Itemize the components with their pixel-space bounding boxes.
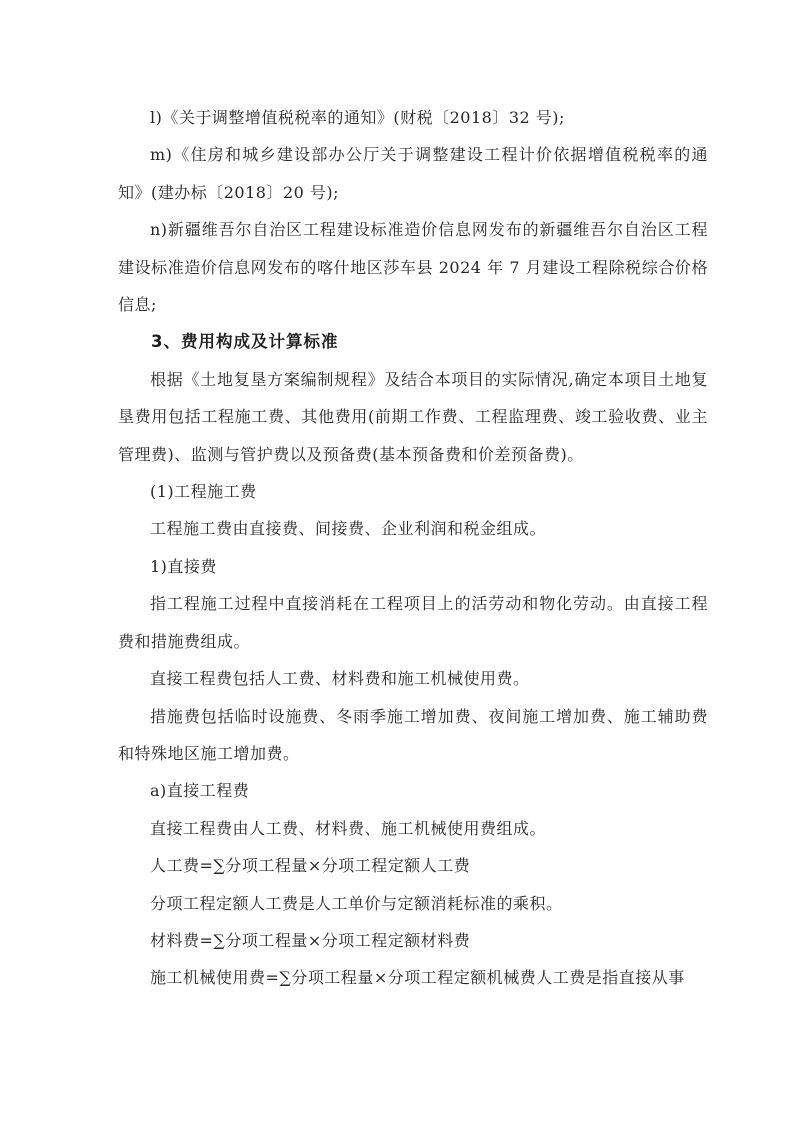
paragraph-direct-eng-fee-comp: 直接工程费由人工费、材料费、施工机械使用费组成。 [118,810,708,847]
formula-material-fee: 材料费=∑分项工程量×分项工程定额材料费 [118,922,708,959]
paragraph-regulation-l: l)《关于调整增值税税率的通知》(财税〔2018〕32 号); [118,99,708,136]
paragraph-construction-fee: 工程施工费由直接费、间接费、企业利润和税金组成。 [118,510,708,547]
paragraph-regulation-n: n)新疆维吾尔自治区工程建设标准造价信息网发布的新疆维吾尔自治区工程建设标准造价… [118,211,708,323]
document-body: l)《关于调整增值税税率的通知》(财税〔2018〕32 号); m)《住房和城乡… [118,99,708,997]
paragraph-labor-quota: 分项工程定额人工费是人工单价与定额消耗标准的乘积。 [118,885,708,922]
paragraph-cost-overview: 根据《土地复垦方案编制规程》及结合本项目的实际情况,确定本项目土地复垦费用包括工… [118,361,708,473]
formula-labor-fee: 人工费=∑分项工程量×分项工程定额人工费 [118,847,708,884]
subheading-direct-eng-fee: a)直接工程费 [118,772,708,809]
paragraph-direct-eng-fee: 直接工程费包括人工费、材料费和施工机械使用费。 [118,660,708,697]
formula-machinery-fee: 施工机械使用费=∑分项工程量×分项工程定额机械费人工费是指直接从事 [118,959,708,996]
section-heading-cost-composition: 3、费用构成及计算标准 [118,323,708,360]
subheading-direct-fee: 1)直接费 [118,548,708,585]
document-page: l)《关于调整增值税税率的通知》(财税〔2018〕32 号); m)《住房和城乡… [0,0,793,1122]
subheading-construction-fee: (1)工程施工费 [118,473,708,510]
paragraph-measure-fee: 措施费包括临时设施费、冬雨季施工增加费、夜间施工增加费、施工辅助费和特殊地区施工… [118,698,708,773]
paragraph-regulation-m: m)《住房和城乡建设部办公厅关于调整建设工程计价依据增值税税率的通知》(建办标〔… [118,136,708,211]
paragraph-direct-fee-def: 指工程施工过程中直接消耗在工程项目上的活劳动和物化劳动。由直接工程费和措施费组成… [118,585,708,660]
